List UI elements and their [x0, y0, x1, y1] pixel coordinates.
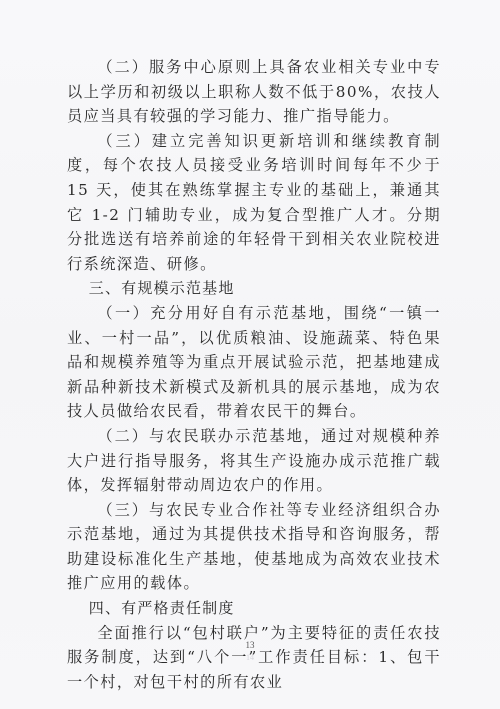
paragraph-joint-demo-base-farmers: （二）与农民联办示范基地，通过对规模种养大户进行指导服务，将其生产设施办成示范推… [67, 424, 441, 498]
paragraph-training-system: （三）建立完善知识更新培训和继续教育制度，每个农技人员接受业务培训时间每年不少于… [67, 129, 441, 277]
page-number-bleed-through: 14 [0, 653, 500, 662]
paragraph-own-demo-base: （一）充分用好自有示范基地，围绕“一镇一业、一村一品”，以优质粮油、设施蔬菜、特… [67, 301, 441, 424]
section-heading-demo-base: 三、有规模示范基地 [67, 276, 441, 301]
paragraph-staff-qualification: （二）服务中心原则上具备农业相关专业中专以上学历和初级以上职称人数不低于80%，… [67, 55, 441, 129]
paragraph-cooperative-demo-base: （三）与农民专业合作社等专业经济组织合办示范基地，通过为其提供技术指导和咨询服务… [67, 498, 441, 596]
document-body: （二）服务中心原则上具备农业相关专业中专以上学历和初级以上职称人数不低于80%，… [67, 55, 441, 694]
section-heading-responsibility: 四、有严格责任制度 [67, 596, 441, 621]
page-number: 13 [0, 640, 500, 650]
document-page: （二）服务中心原则上具备农业相关专业中专以上学历和初级以上职称人数不低于80%，… [0, 0, 500, 709]
